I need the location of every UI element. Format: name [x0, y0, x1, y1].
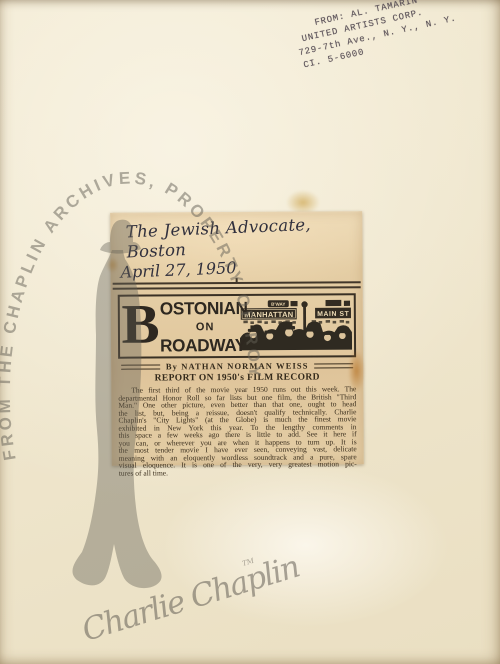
- headline-word-2: ON: [160, 321, 250, 332]
- building-windows: [243, 320, 349, 324]
- crowd-silhouette: [240, 321, 352, 350]
- broadway-street-scene-illustration: B'WAY MANHATTAN MAIN ST: [240, 296, 352, 353]
- archive-scan-page: FROM: AL. TAMARIN UNITED ARTISTS CORP. 7…: [0, 0, 500, 664]
- rule-tick: [236, 278, 238, 283]
- headline-dropcap: B: [121, 298, 159, 355]
- report-heading: REPORT ON 1950's FILM RECORD: [111, 372, 363, 384]
- headline-box: B OSTONIAN ON ROADWAY B'WAY MANHATTAN: [118, 293, 356, 358]
- article-body: The first third of the movie year 1950 r…: [118, 385, 357, 476]
- byline-text: By NATHAN NORMAN WEISS: [160, 361, 315, 372]
- glue-stain-left-edge: [106, 257, 119, 273]
- light-paper-patch: [140, 452, 492, 664]
- byline-rule-left: [121, 364, 160, 369]
- handwritten-annotation: The Jewish Advocate, Boston April 27, 19…: [109, 207, 363, 282]
- manhattan-sign-label: MANHATTAN: [244, 310, 293, 319]
- headline-word-3: ROADWAY: [160, 337, 248, 354]
- main-st-sign-label: MAIN ST: [317, 311, 349, 318]
- headline-word-1: OSTONIAN: [160, 300, 248, 317]
- byline: By NATHAN NORMAN WEISS: [121, 360, 353, 371]
- headline: B OSTONIAN ON ROADWAY: [122, 297, 240, 356]
- newspaper-clipping: The Jewish Advocate, Boston April 27, 19…: [110, 211, 364, 466]
- bway-sign-label: B'WAY: [271, 302, 285, 307]
- tape-stain-right-edge: [348, 349, 365, 393]
- sender-address-stamp: FROM: AL. TAMARIN UNITED ARTISTS CORP. 7…: [292, 0, 500, 73]
- body-text-line: tures of all time.: [119, 468, 357, 477]
- column-rule: [113, 281, 361, 290]
